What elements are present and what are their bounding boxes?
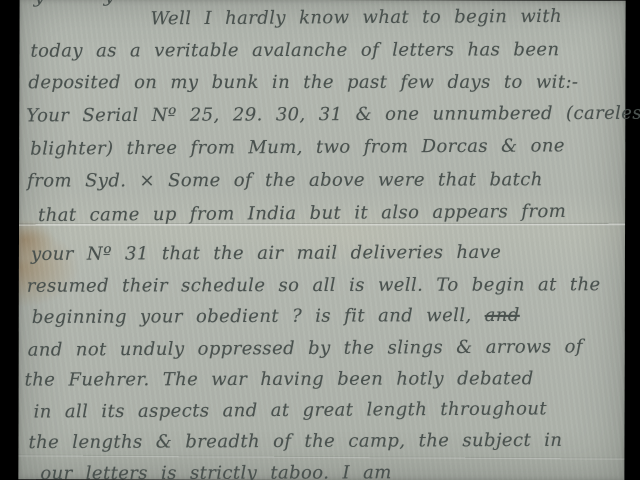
letter-line: Your Serial Nº 25, 29. 30, 31 & one unnu…	[26, 103, 640, 127]
letter-line: and not unduly oppressed by the slings &…	[28, 336, 583, 360]
letter-line: deposited on my bunk in the past few day…	[28, 72, 578, 93]
cut-off-descender: y	[104, 0, 115, 6]
letter-line: Well I hardly know what to begin with	[151, 6, 562, 30]
letter-line: today as a veritable avalanche of letter…	[30, 39, 559, 61]
fold-crease	[19, 223, 625, 227]
letter-line: blighter) three from Mum, two from Dorca…	[30, 135, 565, 159]
fold-crease-lower	[18, 454, 624, 459]
letter-line: the lengths & breadth of the camp, the s…	[28, 430, 562, 453]
letter-line: from Syd. × Some of the above were that …	[27, 169, 543, 191]
letter-line-text: beginning your obedient ? is fit and wel…	[32, 305, 485, 328]
letter-paper: y y Well I hardly know what to begin wit…	[18, 0, 625, 480]
letter-line: the Fuehrer. The war having been hotly d…	[25, 368, 534, 390]
struck-out-word: and	[485, 305, 520, 326]
cut-off-descender: y	[34, 0, 45, 7]
letter-line-cut-off: our letters is strictly taboo. I am	[40, 462, 391, 480]
letter-line: beginning your obedient ? is fit and wel…	[32, 305, 520, 328]
letter-line: your Nº 31 that the air mail deliveries …	[31, 242, 501, 265]
viewer-background: y y Well I hardly know what to begin wit…	[0, 0, 640, 480]
letter-line: resumed their schedule so all is well. T…	[27, 274, 601, 297]
letter-line: in all its aspects and at great length t…	[33, 398, 547, 422]
